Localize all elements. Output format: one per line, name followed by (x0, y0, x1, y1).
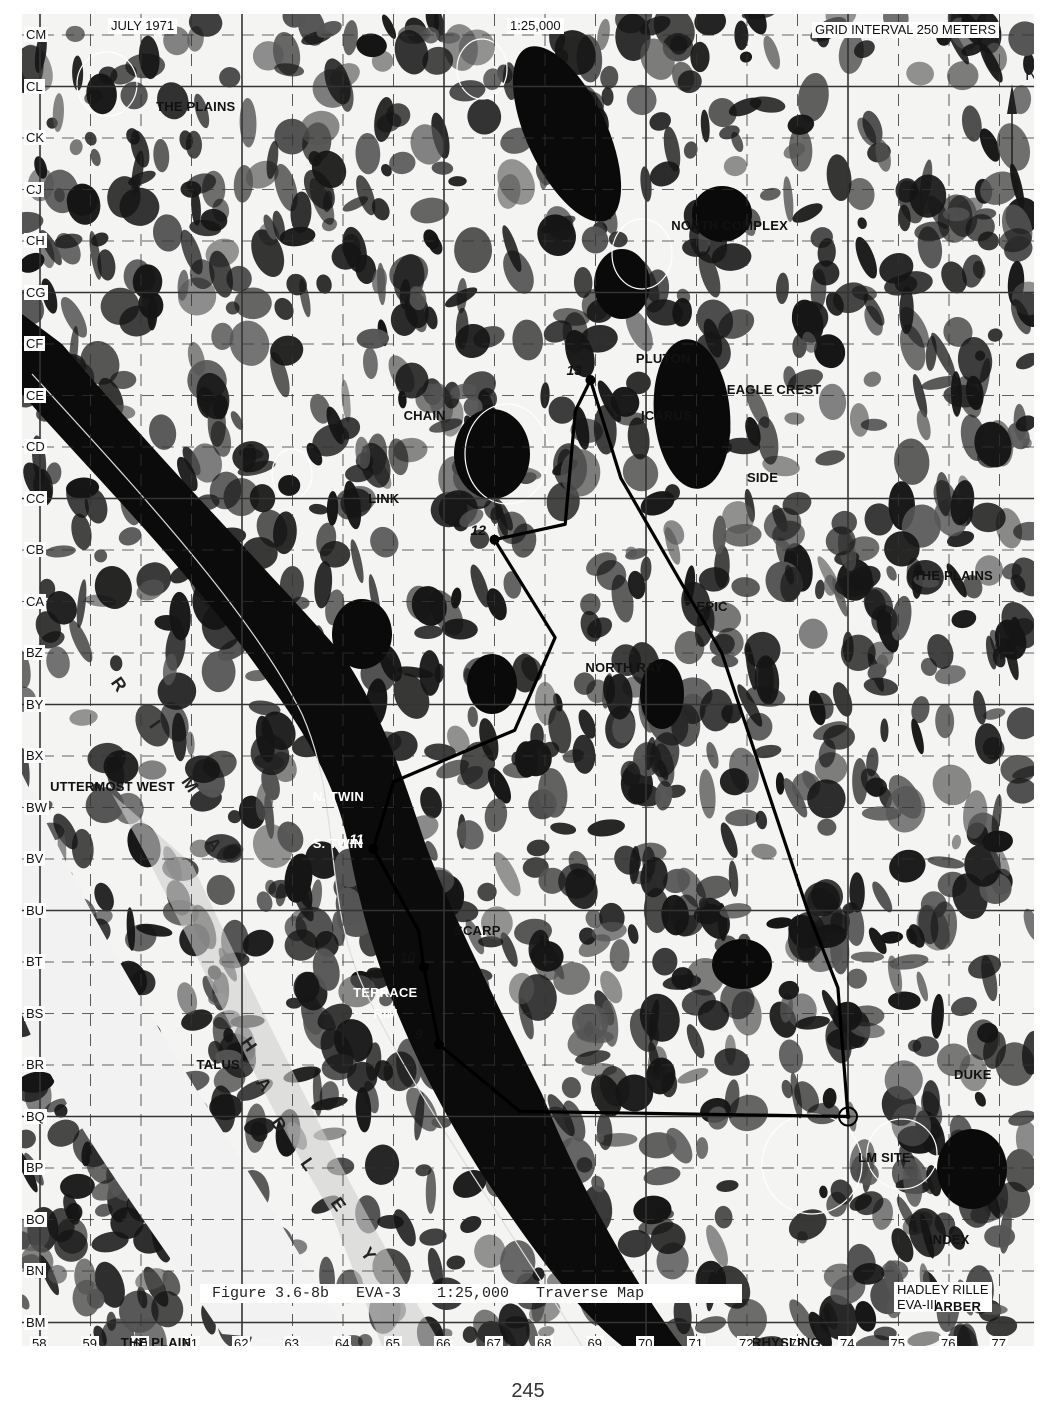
station-number: 11 (349, 831, 364, 847)
feature-label: NORTH COMPLEX (671, 218, 788, 233)
crater (937, 1129, 1007, 1209)
grid-column-label: 77 (990, 1336, 1008, 1346)
grid-row-label: BR (24, 1057, 46, 1072)
grid-row-label: CM (24, 27, 48, 42)
page-number: 245 (0, 1380, 1056, 1403)
feature-label: TERRACE (353, 985, 417, 1000)
grid-row-label: CJ (24, 182, 44, 197)
grid-column-label: 67 (485, 1336, 503, 1346)
grid-row-label: BW (24, 800, 49, 815)
feature-label: LINK (368, 491, 399, 506)
crater (712, 939, 772, 989)
grid-column-label: 70 (636, 1336, 654, 1346)
grid-column-label: 63 (283, 1336, 301, 1346)
feature-label: PLUTON (636, 351, 690, 366)
grid-column-label: 59 (81, 1336, 99, 1346)
feature-label: SCARP (454, 923, 501, 938)
grid-row-label: BN (24, 1263, 46, 1278)
grid-row-label: CK (24, 130, 46, 145)
grid-column-label: 69 (586, 1336, 604, 1346)
grid-row-label: CF (24, 336, 45, 351)
grid-row-label: BM (24, 1315, 48, 1330)
feature-label: UTTERMOST WEST (50, 779, 175, 794)
station-number: 13 (566, 362, 582, 378)
traverse-map: JULY 1971 1:25,000 GRID INTERVAL 250 MET… (22, 14, 1034, 1346)
figure-caption: Figure 3.6-8b EVA-3 1:25,000 Traverse Ma… (200, 1284, 742, 1303)
grid-row-label: CD (24, 439, 47, 454)
feature-label: ICARUS (641, 408, 692, 423)
grid-row-label: BX (24, 748, 45, 763)
grid-row-label: CC (24, 491, 47, 506)
station-marker (368, 844, 378, 854)
grid-interval-label: GRID INTERVAL 250 METERS (812, 22, 999, 38)
lm-site-dot (846, 1114, 851, 1119)
feature-label: THE PLAIN (121, 1335, 191, 1346)
grid-row-label: CG (24, 285, 48, 300)
grid-row-label: BY (24, 697, 45, 712)
feature-label: NORTH RAY (585, 660, 663, 675)
feature-label: LM SITE (858, 1150, 911, 1165)
date-label: JULY 1971 (108, 18, 177, 34)
scale-label: 1:25,000 (507, 18, 564, 34)
feature-label: EAGLE CREST (727, 382, 822, 397)
grid-column-label: 75 (889, 1336, 907, 1346)
feature-label: RHYSLING (752, 1335, 821, 1346)
station-number: 10 (400, 949, 416, 965)
grid-column-label: 58 (30, 1336, 48, 1346)
feature-label: RIM (373, 1006, 397, 1021)
station-marker (419, 962, 429, 972)
feature-label: DUKE (954, 1067, 992, 1082)
station-number: 9 (415, 1026, 423, 1042)
grid-column-label: 66 (434, 1336, 452, 1346)
grid-row-label: BP (24, 1160, 45, 1175)
grid-column-label: 71 (687, 1336, 705, 1346)
station-marker (585, 375, 595, 385)
grid-row-label: CB (24, 542, 46, 557)
grid-row-label: BU (24, 903, 46, 918)
grid-row-label: BS (24, 1006, 45, 1021)
grid-row-label: BZ (24, 645, 45, 660)
station-marker (490, 535, 500, 545)
station-number: 12 (471, 522, 487, 538)
map-canvas (22, 14, 1034, 1346)
map-title-line1: HADLEY RILLE (897, 1282, 989, 1297)
feature-label: THE PLAINS (156, 99, 235, 114)
grid-column-label: 74 (838, 1336, 856, 1346)
feature-label: INDEX (929, 1232, 970, 1247)
crater (594, 249, 650, 319)
grid-row-label: BT (24, 954, 45, 969)
north-label: N (1025, 64, 1034, 85)
grid-row-label: CE (24, 388, 46, 403)
feature-label: CHAIN (404, 408, 446, 423)
feature-label: TALUS (197, 1057, 240, 1072)
grid-column-label: 68 (535, 1336, 553, 1346)
feature-label: THE PLAINS (914, 568, 993, 583)
crater (332, 599, 392, 669)
station-marker (434, 1039, 444, 1049)
grid-column-label: 62 (232, 1336, 250, 1346)
grid-row-label: CH (24, 233, 47, 248)
grid-column-label: 64 (333, 1336, 351, 1346)
grid-row-label: BQ (24, 1109, 47, 1124)
grid-column-label: 76 (939, 1336, 957, 1346)
grid-row-label: CL (24, 79, 45, 94)
grid-column-label: 65 (384, 1336, 402, 1346)
feature-label: N. TWIN (313, 789, 364, 804)
feature-label: ARBER (934, 1299, 981, 1314)
grid-row-label: BV (24, 851, 45, 866)
grid-row-label: CA (24, 594, 46, 609)
feature-label: SIDE (747, 470, 778, 485)
crater-rim (762, 1114, 862, 1214)
crater (692, 186, 752, 242)
feature-label: EPIC (697, 599, 728, 614)
grid-row-label: BO (24, 1212, 47, 1227)
